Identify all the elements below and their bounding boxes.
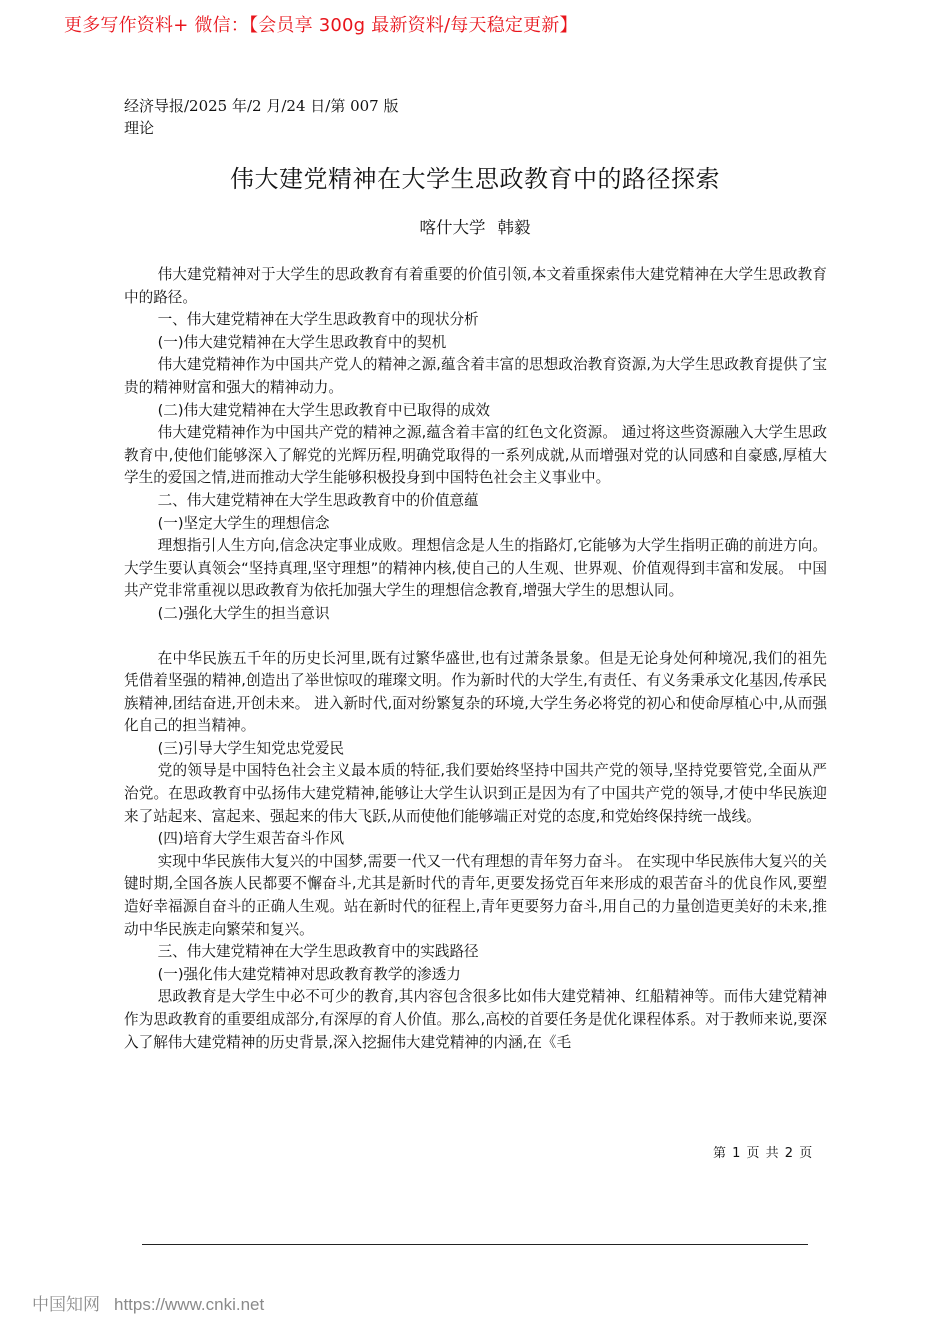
paragraph: 党的领导是中国特色社会主义最本质的特征,我们要始终坚持中国共产党的领导,坚持党要…: [124, 760, 827, 828]
author-institution: 喀什大学: [420, 218, 486, 237]
promo-banner: 更多写作资料+ 微信：【会员享 300g 最新资料/每天稳定更新】: [64, 13, 578, 39]
footer-divider: [142, 1244, 808, 1245]
section-heading-3: 三、伟大建党精神在大学生思政教育中的实践路径: [124, 941, 827, 964]
cnki-url[interactable]: https://www.cnki.net: [114, 1295, 264, 1314]
footer-watermark: 中国知网https://www.cnki.net: [32, 1293, 264, 1317]
paragraph-intro: 伟大建党精神对于大学生的思政教育有着重要的价值引领,本文着重探索伟大建党精神在大…: [124, 264, 827, 309]
subsection-heading-2-3: (三)引导大学生知党忠党爱民: [124, 738, 827, 761]
paragraph: 在中华民族五千年的历史长河里,既有过繁华盛世,也有过萧条景象。但是无论身处何种境…: [124, 648, 827, 738]
paragraph: 思政教育是大学生中必不可少的教育,其内容包含很多比如伟大建党精神、红船精神等。而…: [124, 986, 827, 1054]
publication-source: 经济导报/2025 年/2 月/24 日/第 007 版理论: [124, 95, 404, 139]
paragraph: 伟大建党精神作为中国共产党人的精神之源,蕴含着丰富的思想政治教育资源,为大学生思…: [124, 354, 827, 399]
byline: 喀什大学韩毅: [0, 216, 950, 240]
subsection-heading-1-1: (一)伟大建党精神在大学生思政教育中的契机: [124, 332, 827, 355]
subsection-heading-2-4: (四)培育大学生艰苦奋斗作风: [124, 828, 827, 851]
paragraph: 伟大建党精神作为中国共产党的精神之源,蕴含着丰富的红色文化资源。 通过将这些资源…: [124, 422, 827, 490]
subsection-heading-1-2: (二)伟大建党精神在大学生思政教育中已取得的成效: [124, 400, 827, 423]
subsection-heading-3-1: (一)强化伟大建党精神对思政教育教学的渗透力: [124, 964, 827, 987]
page-indicator: 第 1 页 共 2 页: [713, 1145, 813, 1163]
paragraph: 理想指引人生方向,信念决定事业成败。理想信念是人生的指路灯,它能够为大学生指明正…: [124, 535, 827, 603]
section-heading-1: 一、伟大建党精神在大学生思政教育中的现状分析: [124, 309, 827, 332]
author-name: 韩毅: [498, 218, 531, 237]
section-heading-2: 二、伟大建党精神在大学生思政教育中的价值意蕴: [124, 490, 827, 513]
subsection-heading-2-1: (一)坚定大学生的理想信念: [124, 513, 827, 536]
cnki-logo-text: 中国知网: [32, 1295, 100, 1315]
article-title: 伟大建党精神在大学生思政教育中的路径探索: [0, 162, 950, 196]
subsection-heading-2-2: (二)强化大学生的担当意识: [124, 603, 827, 626]
article-body: 伟大建党精神对于大学生的思政教育有着重要的价值引领,本文着重探索伟大建党精神在大…: [124, 264, 827, 1054]
paragraph: 实现中华民族伟大复兴的中国梦,需要一代又一代有理想的青年努力奋斗。 在实现中华民…: [124, 851, 827, 941]
